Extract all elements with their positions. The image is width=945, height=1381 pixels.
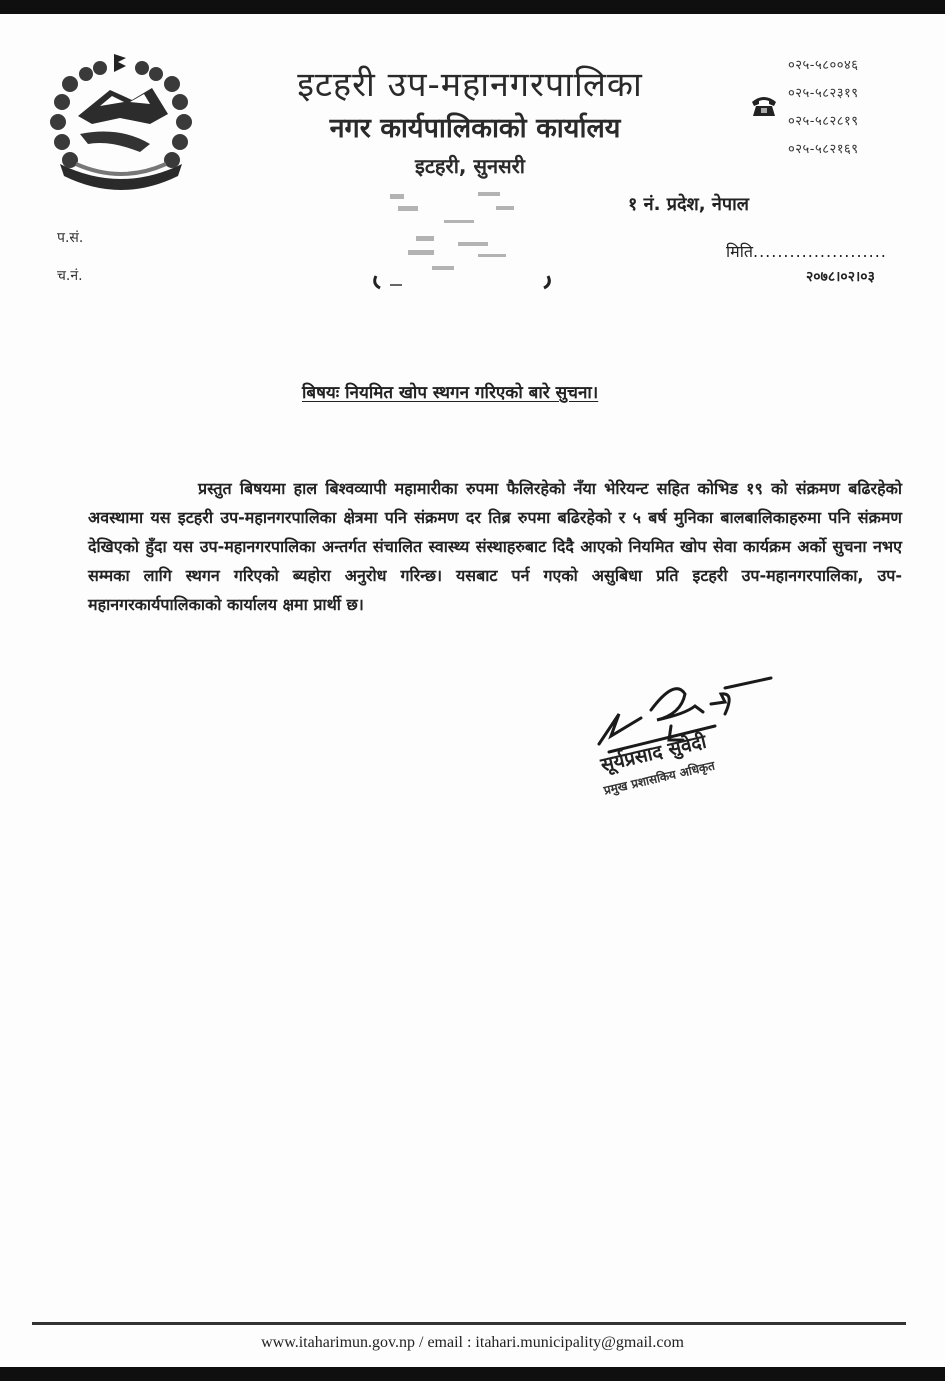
telephone-icon	[750, 94, 778, 118]
office-subtitle: नगर कार्यपालिकाको कार्यालय	[275, 108, 675, 145]
date-value: २०७८।०२।०३	[806, 267, 875, 286]
nepal-emblem-icon	[40, 44, 202, 194]
letter-number-label: प.सं.	[57, 228, 83, 247]
date-field: मिति......................	[726, 240, 887, 262]
province-address: १ नं. प्रदेश, नेपाल	[628, 192, 749, 216]
dispatch-number-label: च.नं.	[57, 266, 83, 285]
footer-divider	[32, 1322, 906, 1325]
municipality-title: इटहरी उप-महानगरपालिका	[250, 60, 690, 106]
office-location: इटहरी, सुनसरी	[380, 152, 560, 179]
office-stamp-icon	[368, 180, 558, 292]
phone-number: ०२५-५८२३१९	[788, 80, 859, 108]
phone-number: ०२५-५८००४६	[788, 52, 859, 80]
phone-numbers: ०२५-५८००४६ ०२५-५८२३१९ ०२५-५८२८१९ ०२५-५८२…	[788, 52, 859, 164]
letter-page: इटहरी उप-महानगरपालिका नगर कार्यपालिकाको …	[0, 14, 945, 1367]
date-label: मिति	[726, 242, 753, 261]
phone-number: ०२५-५८२८१९	[788, 108, 859, 136]
date-dotted-line: ......................	[753, 242, 887, 261]
phone-number: ०२५-५८२१६९	[788, 136, 859, 164]
footer-contact: www.itaharimun.gov.np / email : itahari.…	[0, 1334, 945, 1352]
subject-line: बिषयः नियमित खोप स्थगन गरिएको बारे सुचना…	[302, 380, 598, 403]
notice-body: प्रस्तुत बिषयमा हाल बिश्वव्यापी महामारीक…	[88, 474, 902, 619]
